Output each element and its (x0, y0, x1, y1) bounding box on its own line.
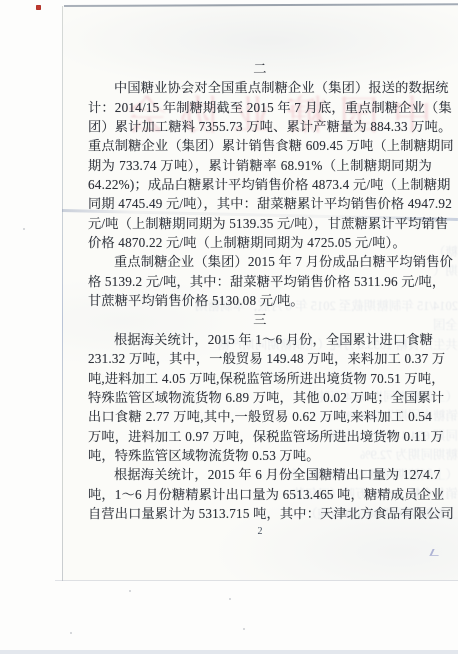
text-line: 价格 4870.22 元/吨（上制糖期同期为 4725.05 元/吨）。 (88, 233, 432, 252)
text-line: 特殊监管区域物流货物 6.89 万吨，其他 0.02 万吨；全国累计 (88, 388, 432, 407)
dust-speck (23, 228, 25, 230)
text-line: 吨，特殊监管区域物流货物 0.53 万吨。 (88, 446, 432, 465)
text-line: 计：2014/15 年制糖期截至 2015 年 7 月底，重点制糖企业（集 (88, 98, 432, 117)
text-line: 自营出口量累计为 5313.715 吨，其中：天津北方食品有限公司 (88, 504, 432, 523)
dust-speck (129, 590, 131, 592)
text-line: 元/吨（上制糖期同期为 5139.35 元/吨），甘蔗糖累计平均销售 (88, 214, 432, 233)
scanner-background (0, 581, 458, 654)
text-line: 中国糖业协会对全国重点制糖企业（集团）报送的数据统 (88, 78, 432, 97)
page-bottom-edge-line (55, 580, 458, 581)
text-line: 64.22%)；成品白糖累计平均销售价格 4873.4 元/吨（上制糖期 (88, 175, 432, 194)
text-line: 格 5139.2 元/吨，其中：甜菜糖平均销售价格 5311.96 元/吨， (88, 272, 432, 291)
text-line: 团）累计加工糖料 7355.73 万吨、累计产糖量为 884.33 万吨。 (88, 117, 432, 136)
page-left-edge-line (62, 6, 63, 581)
section-heading-2: 二 (88, 59, 432, 78)
text-line: 甘蔗糖平均销售价格 5130.08 元/吨。 (88, 291, 432, 310)
text-line: 期为 733.74 万吨），累计销糖率 68.91%（上制糖期同期为 (88, 156, 432, 175)
dust-speck (243, 628, 245, 630)
scanned-document-page: 中国糖业协会 2014/15 年制糖期截至 2015 年 6 月底，本制糖期全国… (0, 0, 458, 654)
red-registration-dot (36, 5, 41, 10)
dust-speck (229, 598, 231, 600)
text-line: 根据海关统计，2015 年 6 月份全国糖精出口量为 1274.7 (88, 465, 432, 484)
text-line: 吨，1～6 月份糖精累计出口量为 6513.465 吨，糖精成员企业 (88, 485, 432, 504)
text-line: 吨,进料加工 4.05 万吨,保税监管场所进出境货物 70.51 万吨， (88, 369, 432, 388)
text-line: 同期 4745.49 元/吨），其中：甜菜糖累计平均销售价格 4947.92 (88, 194, 432, 213)
dust-speck (70, 632, 72, 634)
scan-bottom-strip (0, 650, 458, 654)
section-heading-3: 三 (88, 310, 432, 329)
text-line: 出口食糖 2.77 万吨,其中,一般贸易 0.62 万吨,来料加工 0.54 (88, 407, 432, 426)
text-line: 万吨，进料加工 0.97 万吨，保税监管场所进出境货物 0.11 万 (88, 427, 432, 446)
page-number: 2 (88, 526, 432, 537)
document-text: 二 中国糖业协会对全国重点制糖企业（集团）报送的数据统 计：2014/15 年制… (88, 59, 432, 523)
text-line: 重点制糖企业（集团）2015 年 7 月份成品白糖平均销售价 (88, 252, 432, 271)
text-line: 231.32 万吨，其中，一般贸易 149.48 万吨，来料加工 0.37 万 (88, 349, 432, 368)
text-line: 重点制糖企业（集团）累计销售食糖 609.45 万吨（上制糖期同 (88, 136, 432, 155)
text-line: 根据海关统计，2015 年 1～6 月份，全国累计进口食糖 (88, 330, 432, 349)
